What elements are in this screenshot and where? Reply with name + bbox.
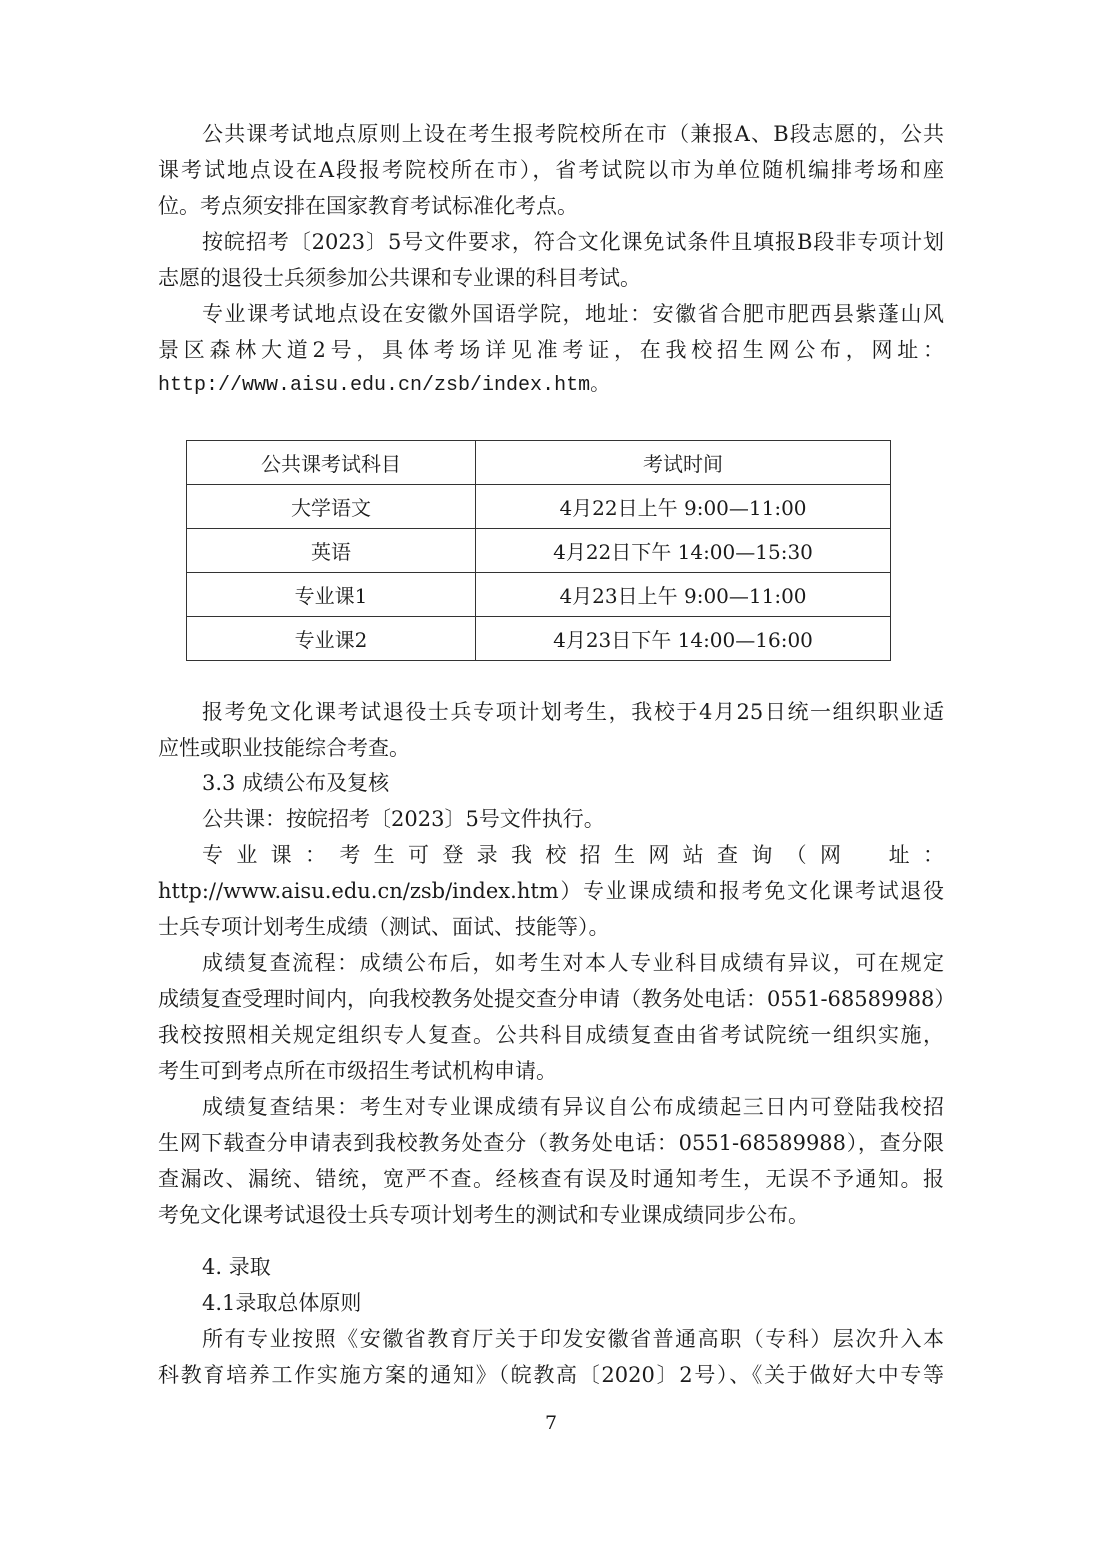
paragraph-line: 位。考点须安排在国家教育考试标准化考点。 (158, 191, 944, 221)
paragraph-line: 志愿的退役士兵须参加公共课和专业课的科目考试。 (158, 263, 944, 293)
subject-cell: 大学语文 (187, 485, 476, 529)
subject-cell: 专业课2 (187, 617, 476, 661)
paragraph-line: 景区森林大道2号，具体考场详见准考证，在我校招生网公布，网址： (158, 335, 944, 365)
subject-cell: 英语 (187, 529, 476, 573)
table-header-cell: 考试时间 (476, 441, 891, 485)
paragraph-line: 成绩复查结果：考生对专业课成绩有异议自公布成绩起三日内可登陆我校招 (202, 1092, 944, 1122)
table-row: 专业课2 4月23日下午 14:00—16:00 (187, 617, 891, 661)
paragraph-line: 成绩复查流程：成绩公布后，如考生对本人专业科目成绩有异议，可在规定 (202, 948, 944, 978)
section-heading-3-3: 3.3 成绩公布及复核 (202, 768, 944, 798)
paragraph-line: 公共课：按皖招考〔2023〕5号文件执行。 (202, 804, 944, 834)
time-cell: 4月22日下午 14:00—15:30 (476, 529, 891, 573)
document-page: 公共课考试地点原则上设在考生报考院校所在市（兼报A、B段志愿的，公共 课考试地点… (0, 0, 1102, 1559)
paragraph-line: 我校按照相关规定组织专人复查。公共科目成绩复查由省考试院统一组织实施， (158, 1020, 944, 1050)
section-heading-4: 4. 录取 (202, 1252, 944, 1282)
table-row: 专业课1 4月23日上午 9:00—11:00 (187, 573, 891, 617)
paragraph-line: http://www.aisu.edu.cn/zsb/index.htm）专业课… (158, 876, 944, 906)
table-header-cell: 公共课考试科目 (187, 441, 476, 485)
paragraph-line: 考免文化课考试退役士兵专项计划考生的测试和专业课成绩同步公布。 (158, 1200, 944, 1230)
table-row: 大学语文 4月22日上午 9:00—11:00 (187, 485, 891, 529)
paragraph-line: 成绩复查受理时间内，向我校教务处提交查分申请（教务处电话：0551-685899… (158, 984, 944, 1014)
paragraph-line: 生网下载查分申请表到我校教务处查分（教务处电话：0551-68589988），查… (158, 1128, 944, 1158)
time-cell: 4月22日上午 9:00—11:00 (476, 485, 891, 529)
paragraph-line: 查漏改、漏统、错统，宽严不查。经核查有误及时通知考生，无误不予通知。报 (158, 1164, 944, 1194)
page-number: 7 (0, 1412, 1102, 1434)
paragraph-line: 应性或职业技能综合考查。 (158, 733, 944, 763)
paragraph-line: 专业课考试地点设在安徽外国语学院，地址：安徽省合肥市肥西县紫蓬山风 (202, 299, 944, 329)
paragraph-line: 公共课考试地点原则上设在考生报考院校所在市（兼报A、B段志愿的，公共 (202, 119, 944, 149)
paragraph-line: 所有专业按照《安徽省教育厅关于印发安徽省普通高职（专科）层次升入本 (202, 1324, 944, 1354)
paragraph-line: 科教育培养工作实施方案的通知》（皖教高〔2020〕2号）、《关于做好大中专等 (158, 1360, 944, 1390)
paragraph-line: 考生可到考点所在市级招生考试机构申请。 (158, 1056, 944, 1086)
time-cell: 4月23日上午 9:00—11:00 (476, 573, 891, 617)
url-link[interactable]: http://www.aisu.edu.cn/zsb/index.htm。 (158, 371, 944, 401)
section-heading-4-1: 4.1录取总体原则 (202, 1288, 944, 1318)
time-cell: 4月23日下午 14:00—16:00 (476, 617, 891, 661)
paragraph-line: 按皖招考〔2023〕5号文件要求，符合文化课免试条件且填报B段非专项计划 (202, 227, 944, 257)
paragraph-line: 课考试地点设在A段报考院校所在市），省考试院以市为单位随机编排考场和座 (158, 155, 944, 185)
paragraph-line: 报考免文化课考试退役士兵专项计划考生，我校于4月25日统一组织职业适 (202, 697, 944, 727)
table-row: 英语 4月22日下午 14:00—15:30 (187, 529, 891, 573)
paragraph-line: 专业课：考生可登录我校招生网站查询（网 址： (202, 840, 944, 870)
table-header-row: 公共课考试科目 考试时间 (187, 441, 891, 485)
paragraph-line: 士兵专项计划考生成绩（测试、面试、技能等）。 (158, 912, 944, 942)
exam-schedule-table: 公共课考试科目 考试时间 大学语文 4月22日上午 9:00—11:00 英语 … (186, 440, 891, 661)
subject-cell: 专业课1 (187, 573, 476, 617)
